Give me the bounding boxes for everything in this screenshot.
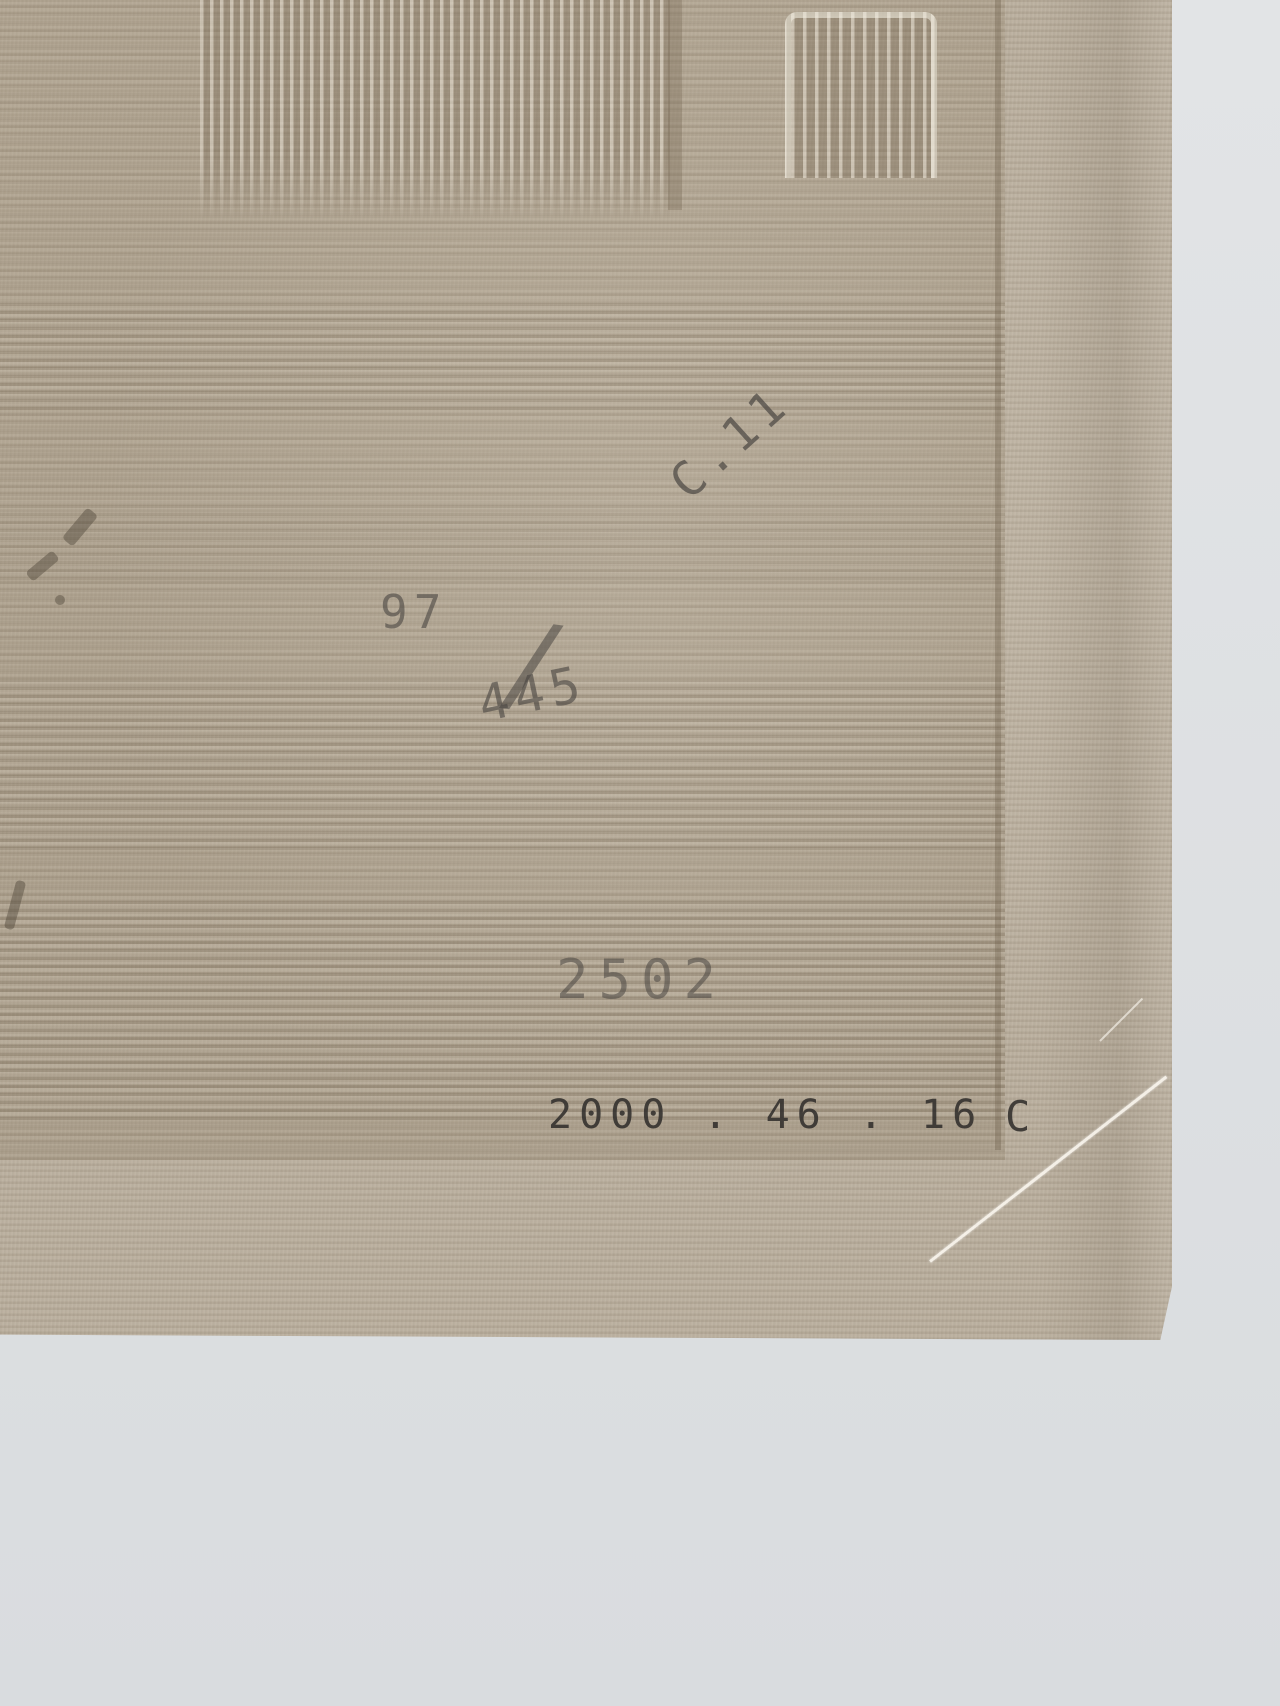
- print-border-line: [995, 0, 1001, 1150]
- partial-left-inscription: [0, 500, 110, 980]
- embossed-pillar: [668, 0, 682, 210]
- embossed-doorway: [785, 12, 937, 178]
- pencil-fraction-top: 97: [380, 585, 447, 639]
- embossed-vertical-strokes: [200, 0, 670, 220]
- embossed-horizontal-band: [0, 300, 1005, 410]
- pencil-number: 2502: [556, 948, 726, 1011]
- pencil-accession-number: 2000 . 46 . 16: [548, 1092, 983, 1138]
- pencil-accession-suffix: C: [1005, 1092, 1036, 1141]
- embossed-horizontal-band: [0, 900, 1005, 1120]
- embossed-horizontal-band: [0, 500, 1005, 580]
- print-paper-sheet: C.11 97 / 445 2502 2000 . 46 . 16 C: [0, 0, 1172, 1340]
- paper-margin-shading: [1040, 0, 1170, 1340]
- embossed-print-area: [0, 0, 1005, 1160]
